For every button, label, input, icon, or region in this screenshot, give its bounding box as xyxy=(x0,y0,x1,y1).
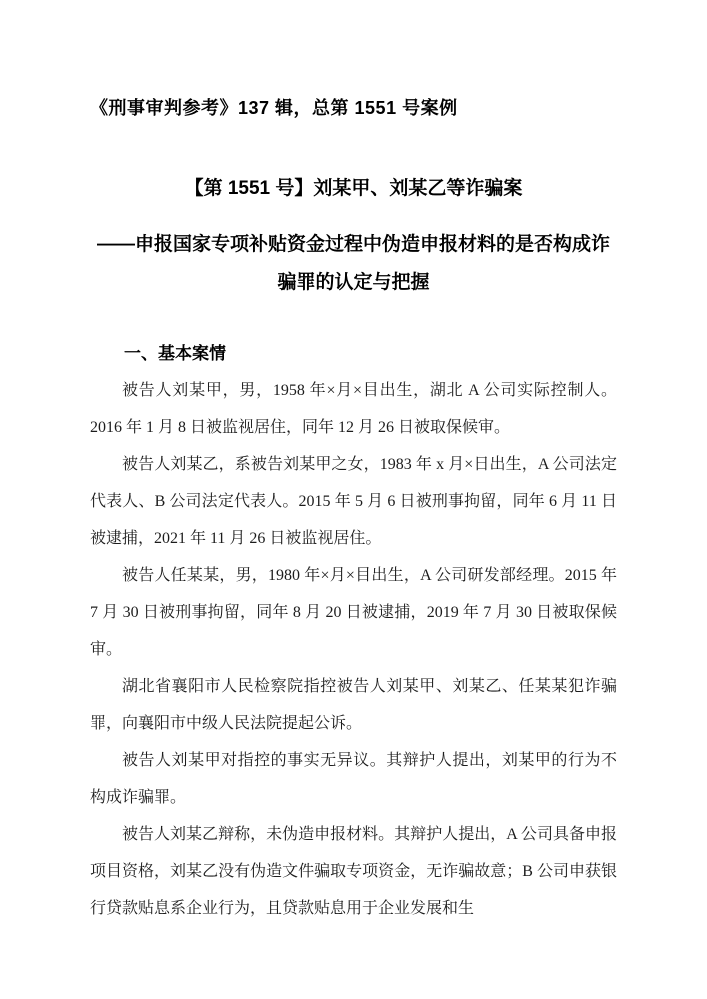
paragraph-liu-yi-defense: 被告人刘某乙辩称，未伪造申报材料。其辩护人提出，A 公司具备申报项目资格，刘某乙… xyxy=(90,816,617,927)
paragraph-defendant-liu-yi: 被告人刘某乙，系被告刘某甲之女，1983 年 x 月×日出生，A 公司法定代表人… xyxy=(90,446,617,557)
paragraph-liu-jia-defense: 被告人刘某甲对指控的事实无异议。其辩护人提出，刘某甲的行为不构成诈骗罪。 xyxy=(90,742,617,816)
paragraph-prosecution-charge: 湖北省襄阳市人民检察院指控被告人刘某甲、刘某乙、任某某犯诈骗罪，向襄阳市中级人民… xyxy=(90,668,617,742)
paragraph-defendant-ren: 被告人任某某，男，1980 年×月×目出生，A 公司研发部经理。2015 年 7… xyxy=(90,557,617,668)
document-page: 《刑事审判参考》137 辑，总第 1551 号案例 【第 1551 号】刘某甲、… xyxy=(0,0,707,999)
doc-source-line: 《刑事审判参考》137 辑，总第 1551 号案例 xyxy=(90,96,617,120)
case-subtitle-line-1: ——申报国家专项补贴资金过程中伪造申报材料的是否构成诈 xyxy=(90,226,617,264)
section-heading-basic-facts: 一、基本案情 xyxy=(90,335,617,372)
case-subtitle-line-2: 骗罪的认定与把握 xyxy=(90,264,617,302)
paragraph-defendant-liu-jia: 被告人刘某甲，男，1958 年×月×目出生，湖北 A 公司实际控制人。2016 … xyxy=(90,372,617,446)
case-subtitle: ——申报国家专项补贴资金过程中伪造申报材料的是否构成诈 骗罪的认定与把握 xyxy=(90,226,617,302)
case-title: 【第 1551 号】刘某甲、刘某乙等诈骗案 xyxy=(90,176,617,202)
